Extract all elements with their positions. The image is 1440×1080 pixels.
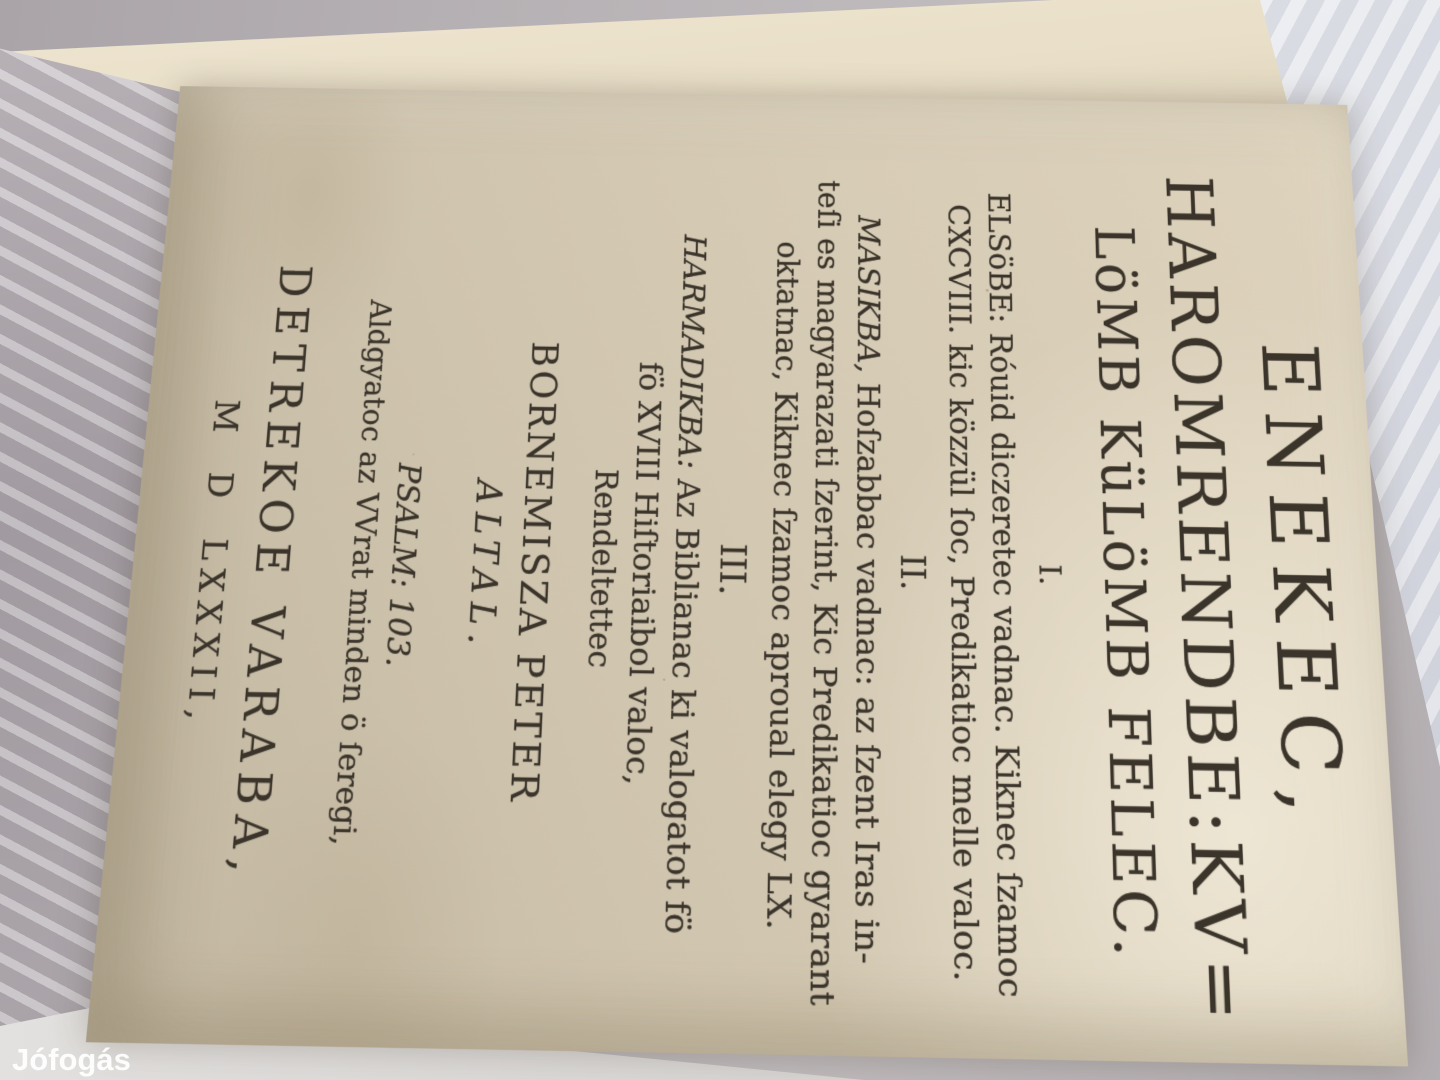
section2-line1: MASIKBA, Hoſzabbac vadnac: az ſzent Iras… — [846, 215, 884, 964]
title-line-1: ENEKEC, — [1244, 342, 1358, 832]
section2-line1-rest: Hoſzabbac vadnac: az ſzent Iras in- — [846, 373, 886, 965]
section1-line1-rest: Róuid diczeretec vadnac. Kiknec ſzamoc — [982, 323, 1031, 998]
section1-numeral: I. — [1032, 564, 1066, 586]
section1-line1: ELSöBE: Róuid diczeretec vadnac. Kiknec … — [981, 192, 1029, 998]
section3-line2: fö XVIII Hiſtoriaibol valoc, — [618, 362, 668, 786]
imprint-place: DETREKOE VARABA, — [219, 265, 318, 883]
section3-lead: HARMADIKBA: — [670, 234, 713, 469]
section2-lead: MASIKBA, — [850, 215, 887, 373]
section3-numeral: III. — [711, 543, 751, 596]
section3-line1: HARMADIKBA: Az Biblianac ki valogatot fö — [657, 234, 712, 934]
author-byline: ALTAL. — [459, 479, 507, 653]
section1-line2: CXCVIII. kic közzül ſoc, Predikatioc mel… — [941, 204, 984, 982]
section2-line3: oktatnac, Kiknec ſzamoc aproual elegy LX… — [759, 241, 805, 930]
section2-numeral: II. — [893, 554, 930, 591]
section2-line2: teſi es magyarazati ſzerint, Kic Predika… — [802, 180, 845, 1006]
photo-background: ENEKEC, HAROMRENDBE:KV= LöMB KüLöMB FELE… — [0, 0, 1440, 1080]
book-title-page: ENEKEC, HAROMRENDBE:KV= LöMB KüLöMB FELE… — [86, 86, 1408, 1066]
section1-lead: ELSöBE: — [981, 192, 1020, 323]
section3-line1-rest: Az Biblianac ki valogatot fö — [657, 469, 708, 935]
title-page-text-block: ENEKEC, HAROMRENDBE:KV= LöMB KüLöMB FELE… — [86, 86, 1408, 1066]
section3-line3: Rendeltettec — [581, 468, 623, 668]
author-name: BORNEMISZA PETER — [501, 341, 564, 804]
watermark-jofogas: Jófogás — [12, 1042, 131, 1078]
psalm-reference: PSALM: 103. — [378, 463, 426, 668]
